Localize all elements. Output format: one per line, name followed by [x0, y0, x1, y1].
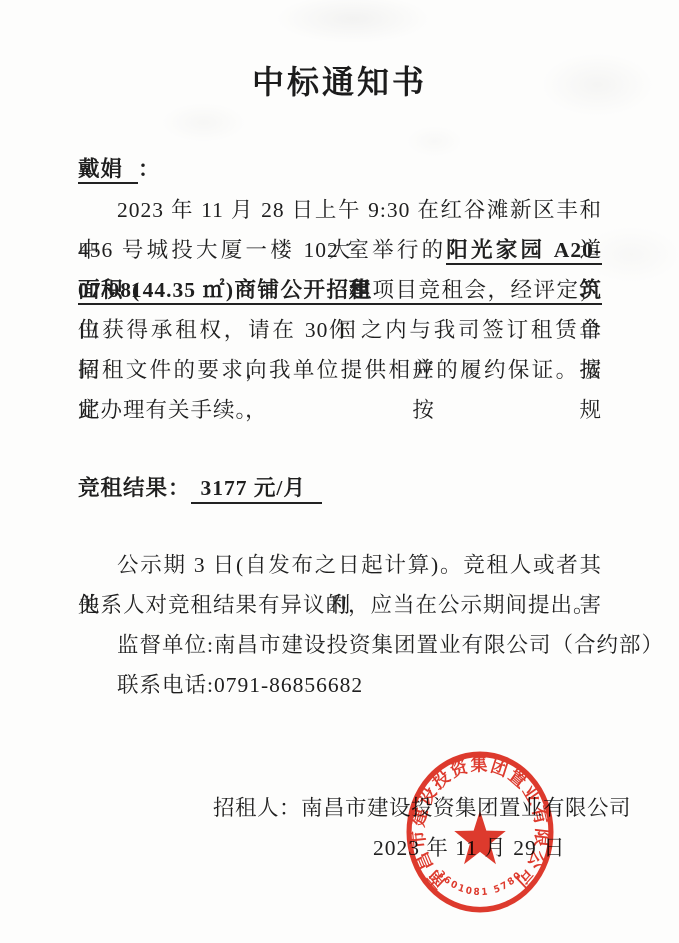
addressee-colon: ： — [138, 157, 161, 181]
addressee-line: 戴娟： — [78, 152, 161, 183]
bid-result-label: 竞租结果： — [78, 476, 191, 500]
project-name-part-2: 面积 144.35 ㎡)商铺公开招租 — [78, 278, 373, 305]
body-line-2: 456 号城投大厦一楼 102 室举行的阳光家园 A20-07/08(建筑 — [78, 230, 602, 270]
supervisor-line: 监督单位:南昌市建设投资集团置业有限公司（合约部） — [78, 625, 602, 665]
addressee-name: 戴娟 — [78, 157, 138, 184]
body-line-1: 2023 年 11 月 28 日上午 9:30 在红谷滩新区丰和中大道 — [78, 190, 602, 230]
bid-result-line: 竞租结果：3177 元/月 — [78, 473, 322, 503]
publicity-line-2: 关系人对竞租结果有异议的，应当在公示期间提出。 — [78, 585, 602, 625]
bid-result-value: 3177 元/月 — [191, 476, 322, 504]
lessor-company: 南昌市建设投资集团置业有限公司 — [301, 796, 631, 820]
document-title: 中标通知书 — [0, 57, 679, 103]
scanned-notice-page: 中标通知书 戴娟： 2023 年 11 月 28 日上午 9:30 在红谷滩新区… — [0, 0, 679, 943]
seal-number-text: 3601081 5780 — [435, 868, 524, 898]
body-line-5: 招租文件的要求向我单位提供相应的履约保证。据此，按规 — [78, 350, 602, 390]
seal-company-text: 南昌市建设投资集团置业有限公司 — [408, 754, 552, 894]
body-paragraph-2: 公示期 3 日(自发布之日起计算)。竞租人或者其他利害 关系人对竞租结果有异议的… — [78, 545, 602, 705]
lessor-label: 招租人： — [213, 796, 301, 820]
phone-line: 联系电话:0791-86856682 — [78, 665, 602, 705]
body-paragraph-1: 2023 年 11 月 28 日上午 9:30 在红谷滩新区丰和中大道 456 … — [78, 190, 602, 430]
body-line-4: 位获得承租权，请在 30 日之内与我司签订租赁合同，并按 — [78, 310, 602, 350]
body-line-3: 面积 144.35 ㎡)商铺公开招租项目竞租会，经评定，由你单 — [78, 270, 602, 310]
lessor-signature-line: 招租人：南昌市建设投资集团置业有限公司 — [213, 791, 631, 822]
publicity-line-1: 公示期 3 日(自发布之日起计算)。竞租人或者其他利害 — [78, 545, 602, 585]
date-line: 2023 年 11 月 29 日 — [373, 831, 566, 862]
body-line-2-text: 456 号城投大厦一楼 102 室举行的 — [78, 238, 446, 262]
